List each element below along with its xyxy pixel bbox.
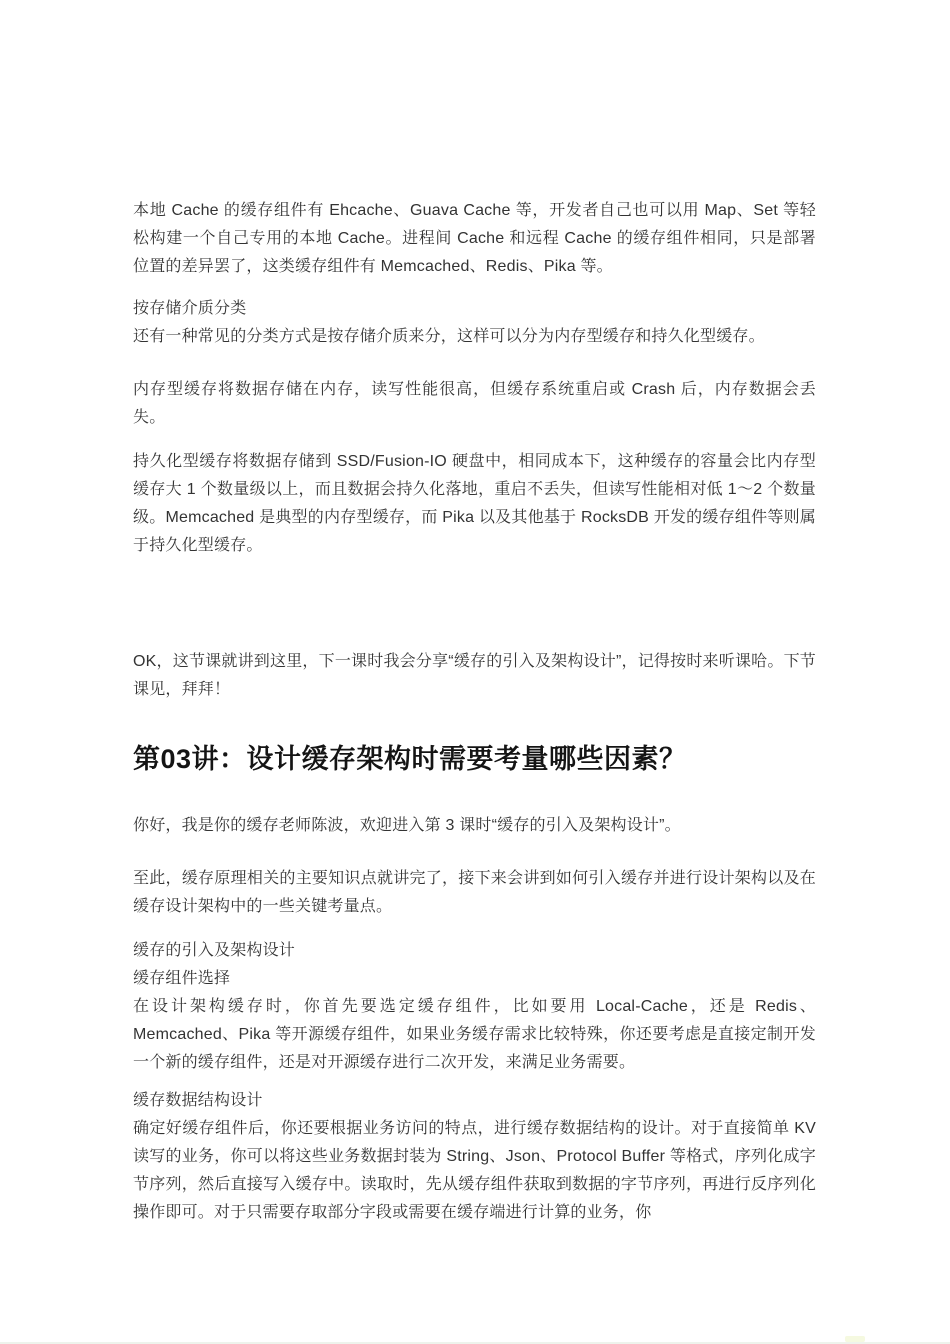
paragraph-local-cache-components: 本地 Cache 的缓存组件有 Ehcache、Guava Cache 等，开发… bbox=[133, 197, 816, 281]
section-data-structure-design: 缓存数据结构设计 确定好缓存组件后，你还要根据业务访问的特点，进行缓存数据结构的… bbox=[133, 1087, 816, 1227]
paragraph-data-structure: 确定好缓存组件后，你还要根据业务访问的特点，进行缓存数据结构的设计。对于直接简单… bbox=[133, 1115, 816, 1227]
paragraph-storage-medium: 还有一种常见的分类方式是按存储介质来分，这样可以分为内存型缓存和持久化型缓存。 bbox=[133, 323, 816, 351]
paragraph-text: 本地 Cache 的缓存组件有 Ehcache、Guava Cache 等，开发… bbox=[133, 197, 816, 281]
section-label-data-structure: 缓存数据结构设计 bbox=[133, 1087, 816, 1115]
paragraph-memory-cache: 内存型缓存将数据存储在内存，读写性能很高，但缓存系统重启或 Crash 后，内存… bbox=[133, 376, 816, 432]
section-storage-medium: 按存储介质分类 还有一种常见的分类方式是按存储介质来分，这样可以分为内存型缓存和… bbox=[133, 295, 816, 351]
document-page: 本地 Cache 的缓存组件有 Ehcache、Guava Cache 等，开发… bbox=[0, 0, 950, 1344]
paragraph-text: 内存型缓存将数据存储在内存，读写性能很高，但缓存系统重启或 Crash 后，内存… bbox=[133, 376, 816, 432]
paragraph-text: 你好，我是你的缓存老师陈波，欢迎进入第 3 课时“缓存的引入及架构设计”。 bbox=[133, 812, 816, 840]
paragraph-text: 至此，缓存原理相关的主要知识点就讲完了，接下来会讲到如何引入缓存并进行设计架构以… bbox=[133, 865, 816, 921]
paragraph-lesson-outro: OK，这节课就讲到这里，下一课时我会分享“缓存的引入及架构设计”，记得按时来听课… bbox=[133, 648, 816, 704]
paragraph-transition: 至此，缓存原理相关的主要知识点就讲完了，接下来会讲到如何引入缓存并进行设计架构以… bbox=[133, 865, 816, 921]
paragraph-greeting: 你好，我是你的缓存老师陈波，欢迎进入第 3 课时“缓存的引入及架构设计”。 bbox=[133, 812, 816, 840]
section-component-selection: 缓存的引入及架构设计 缓存组件选择 在设计架构缓存时，你首先要选定缓存组件，比如… bbox=[133, 937, 816, 1077]
paragraph-text: OK，这节课就讲到这里，下一课时我会分享“缓存的引入及架构设计”，记得按时来听课… bbox=[133, 648, 816, 704]
section-label-component-select: 缓存组件选择 bbox=[133, 965, 816, 993]
paragraph-component-select: 在设计架构缓存时，你首先要选定缓存组件，比如要用 Local-Cache，还是 … bbox=[133, 993, 816, 1077]
paragraph-text: 持久化型缓存将数据存储到 SSD/Fusion-IO 硬盘中，相同成本下，这种缓… bbox=[133, 448, 816, 560]
paragraph-persistent-cache: 持久化型缓存将数据存储到 SSD/Fusion-IO 硬盘中，相同成本下，这种缓… bbox=[133, 448, 816, 560]
section-label-storage-medium: 按存储介质分类 bbox=[133, 295, 816, 323]
section-label-intro-design: 缓存的引入及架构设计 bbox=[133, 937, 816, 965]
chapter-heading: 第03讲：设计缓存架构时需要考量哪些因素？ bbox=[133, 741, 853, 777]
